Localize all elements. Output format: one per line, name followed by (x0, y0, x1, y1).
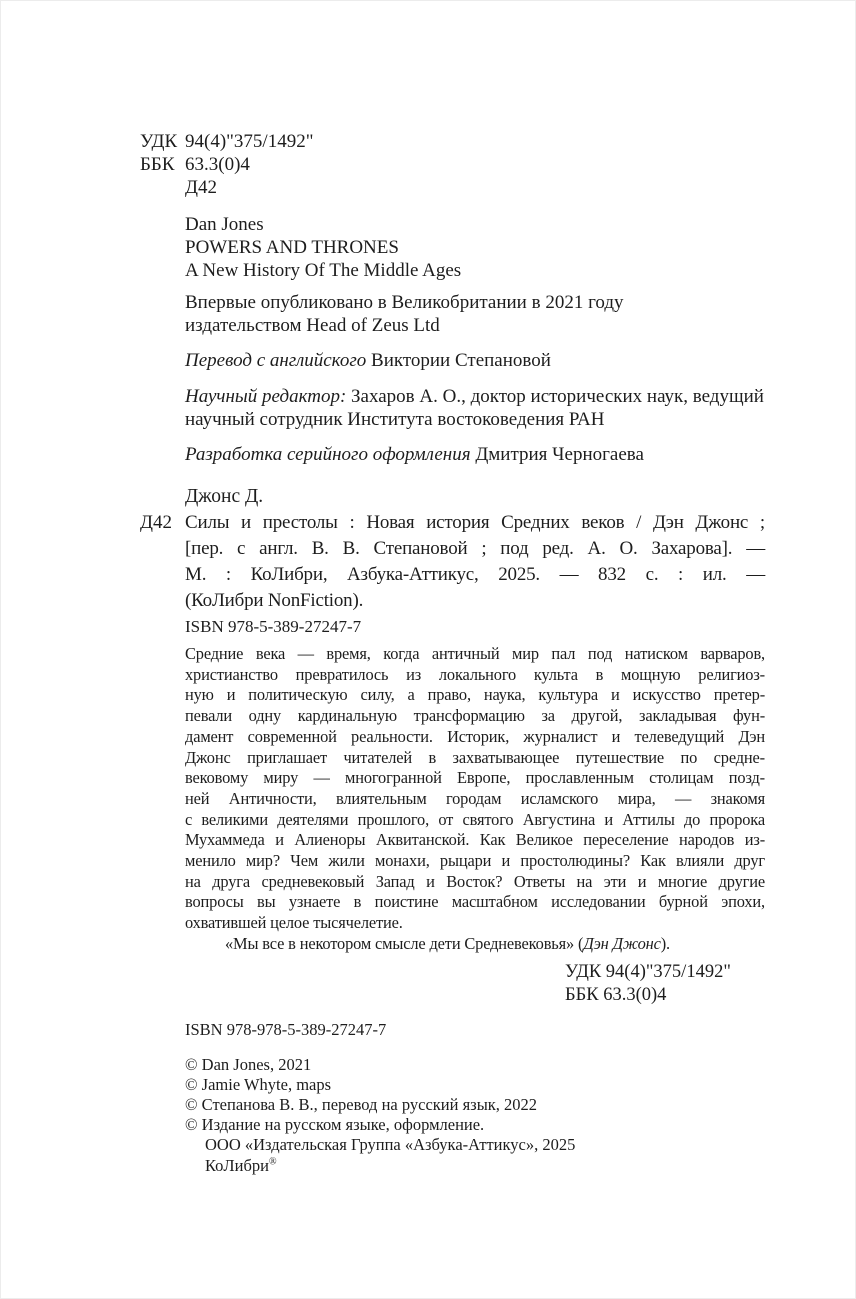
original-edition: Dan Jones POWERS AND THRONES A New Histo… (185, 213, 765, 282)
design-role: Разработка серийного оформления (185, 444, 471, 465)
annotation-line: Средние века — время, когда античный мир… (185, 644, 765, 665)
annotation-line: Мухаммеда и Алиеноры Аквитанской. Как Ве… (185, 830, 765, 851)
annotation-line: дамент современной реальности. Историк, … (185, 727, 765, 748)
imprint-content: УДК 94(4)"375/1492" ББК 63.3(0)4 Д42 Dan… (140, 130, 780, 1176)
quote-suffix: ). (661, 934, 670, 953)
first-publication-line1: Впервые опубликовано в Великобритании в … (185, 291, 765, 314)
translation-role: Перевод с английского (185, 350, 366, 371)
isbn-short: ISBN 978-5-389-27247-7 (185, 616, 765, 638)
annotation-line: с великими деятелями прошлого, от святог… (185, 810, 765, 831)
annotation-line: менило мир? Чем жили монахи, рыцари и пр… (185, 851, 765, 872)
publisher-line: ООО «Издательская Группа «Азбука-Аттикус… (185, 1135, 765, 1155)
registered-mark: ® (269, 1156, 277, 1167)
copyright-block: © Dan Jones, 2021 © Jamie Whyte, maps © … (185, 1055, 765, 1176)
udc-bottom: УДК 94(4)"375/1492" (565, 961, 780, 984)
copyright-line: © Dan Jones, 2021 (185, 1055, 765, 1075)
original-subtitle: A New History Of The Middle Ages (185, 259, 765, 282)
bbk-value: 63.3(0)4 (185, 153, 250, 176)
annotation-line: Джонс приглашает читателей в захватывающ… (185, 748, 765, 769)
annotation: Средние века — время, когда античный мир… (185, 644, 765, 934)
catalog-record-line: Силы и престолы : Новая история Средних … (185, 510, 765, 536)
translation-credit: Перевод с английского Виктории Степаново… (185, 349, 765, 372)
annotation-quote: «Мы все в некотором смысле дети Средневе… (185, 934, 805, 955)
catalog-author: Джонс Д. (185, 484, 765, 510)
annotation-line: ную и политическую силу, а право, наука,… (185, 685, 765, 706)
udc-row: УДК 94(4)"375/1492" (140, 130, 780, 153)
catalog-record: Д42 Силы и престолы : Новая история Сред… (185, 510, 765, 614)
author-code: Д42 (185, 176, 217, 199)
isbn-full: ISBN 978-978-5-389-27247-7 (185, 1020, 765, 1040)
editor-role: Научный редактор: (185, 386, 346, 407)
imprint-name: КоЛибри (205, 1156, 269, 1175)
annotation-line: певали одну кардинальную трансформацию з… (185, 706, 765, 727)
design-name: Дмитрия Черногаева (471, 444, 644, 465)
bbk-label: ББК (140, 153, 185, 176)
copyright-line: © Jamie Whyte, maps (185, 1075, 765, 1095)
catalog-code: Д42 (140, 510, 172, 536)
first-publication-line2: издательством Head of Zeus Ltd (185, 314, 765, 337)
bbk-bottom: ББК 63.3(0)4 (565, 984, 780, 1007)
imprint-page: УДК 94(4)"375/1492" ББК 63.3(0)4 Д42 Dan… (0, 0, 856, 1299)
copyright-line: © Издание на русском языке, оформление. (185, 1115, 765, 1135)
classification-bottom: УДК 94(4)"375/1492" ББК 63.3(0)4 (565, 961, 780, 1007)
quote-text: «Мы все в некотором смысле дети Средневе… (225, 934, 583, 953)
editor-credit: Научный редактор: Захаров А. О., доктор … (185, 385, 765, 431)
design-credit: Разработка серийного оформления Дмитрия … (185, 443, 765, 466)
annotation-line: христианство превратилось из локального … (185, 665, 765, 686)
original-author: Dan Jones (185, 213, 765, 236)
catalog-record-line: (КоЛибри NonFiction). (185, 588, 765, 614)
first-publication: Впервые опубликовано в Великобритании в … (185, 291, 765, 337)
classification-top: УДК 94(4)"375/1492" ББК 63.3(0)4 Д42 (140, 130, 780, 199)
udc-value: 94(4)"375/1492" (185, 130, 313, 153)
catalog-record-line: [пер. с англ. В. В. Степановой ; под ред… (185, 536, 765, 562)
annotation-line: вопросы вы узнаете в поистине масштабном… (185, 892, 765, 913)
original-title: POWERS AND THRONES (185, 236, 765, 259)
annotation-line: ней Античности, влиятельным городам исла… (185, 789, 765, 810)
annotation-line: на друга средневековый Запад и Восток? О… (185, 872, 765, 893)
copyright-line: © Степанова В. В., перевод на русский яз… (185, 1095, 765, 1115)
catalog-record-line: М. : КоЛибри, Азбука-Аттикус, 2025. — 83… (185, 562, 765, 588)
translation-name: Виктории Степановой (366, 350, 551, 371)
annotation-line: вековому миру — многогранной Европе, про… (185, 768, 765, 789)
quote-author: Дэн Джонс (583, 934, 660, 953)
annotation-line: охватившей целое тысячелетие. (185, 913, 765, 934)
author-code-row: Д42 (140, 176, 780, 199)
imprint-line: КоЛибри® (185, 1156, 765, 1176)
udc-label: УДК (140, 130, 185, 153)
bbk-row: ББК 63.3(0)4 (140, 153, 780, 176)
